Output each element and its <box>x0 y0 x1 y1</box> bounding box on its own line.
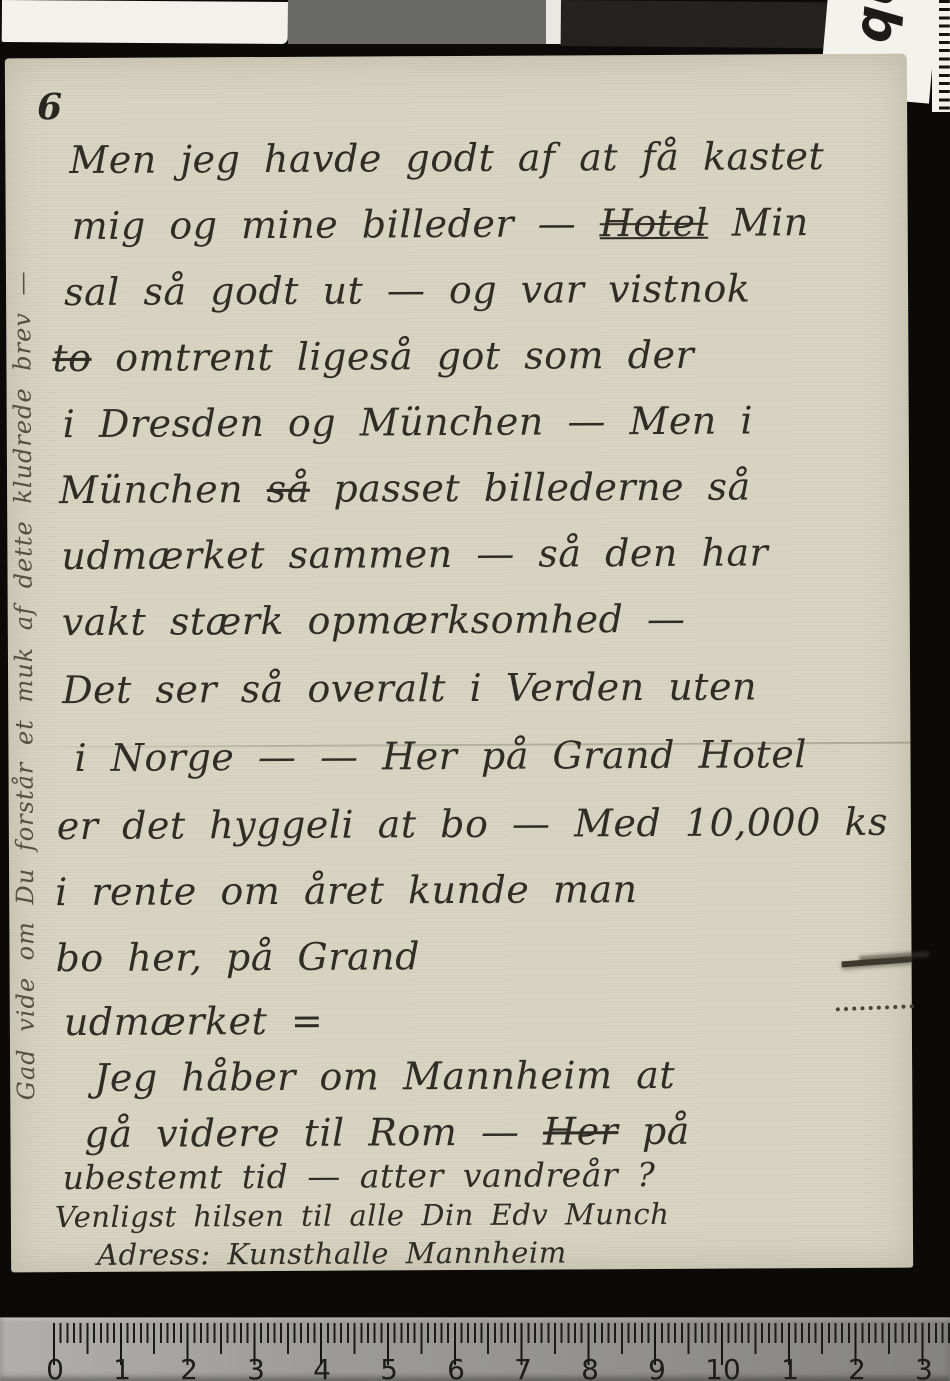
handwritten-line: mig og mine billeder — Hotel Min <box>72 202 809 248</box>
handwritten-line: er det hyggeli at bo — Med 10,000 ks <box>57 802 888 848</box>
calibration-white-patch <box>2 0 288 44</box>
handwritten-line: Det ser så overalt i Verden uten <box>62 666 757 711</box>
page-number: 6 <box>37 86 62 128</box>
calibration-divider <box>546 0 561 44</box>
margin-note-vertical: Gad vide om Du forstår et muk af dette k… <box>8 220 41 1100</box>
ruler-label: 6 <box>436 1353 476 1381</box>
calibration-label-text: ab <box>852 0 910 45</box>
handwritten-line: Jeg håber om Mannheim at <box>94 1055 675 1100</box>
handwritten-line: i Dresden og München — Men i <box>63 400 754 445</box>
handwritten-line-closing: Venligst hilsen til alle Din Edv Munch <box>55 1199 670 1234</box>
handwritten-line: gå videre til Rom — Her på <box>84 1111 690 1156</box>
ruler-label: 5 <box>369 1353 409 1381</box>
calibration-black-patch <box>561 0 831 48</box>
ruler-label: 10 <box>703 1353 743 1381</box>
handwritten-line: vakt stærk opmærksomhed — <box>62 599 686 644</box>
handwritten-line: ubestemt tid — atter vandreår ? <box>63 1157 656 1196</box>
ruler-label: 3 <box>236 1353 276 1381</box>
handwritten-line: München så passet billederne så <box>59 466 751 511</box>
ruler-label: 0 <box>35 1353 75 1381</box>
ink-dotted-mark <box>836 1004 914 1011</box>
ink-strike-mark <box>841 956 911 967</box>
handwritten-line: i rente om året kunde man <box>55 869 638 914</box>
handwritten-line: i Norge — — Her på Grand Hotel <box>74 734 807 780</box>
handwritten-line: udmærket sammen — så den har <box>61 532 768 577</box>
handwritten-line: Men jeg havde godt af at få kastet <box>69 136 824 182</box>
ruler-label: 1 <box>102 1353 142 1381</box>
ruler-label: 3 <box>904 1353 944 1381</box>
handwritten-line-address: Adress: Kunsthalle Mannheim <box>97 1237 567 1271</box>
handwritten-line: udmærket = <box>64 1001 324 1044</box>
ruler-label: 2 <box>837 1353 877 1381</box>
calibration-gray-patch <box>288 0 546 44</box>
ruler-label: 1 <box>770 1353 810 1381</box>
ruler: 0 1 2 3 4 5 6 7 8 9 10 1 2 3 <box>0 1317 950 1381</box>
calibration-scale-ticks <box>932 0 950 112</box>
scanned-letter-page: ab 6 Gad vide om Du forstår et muk af de… <box>0 0 950 1381</box>
ruler-label: 2 <box>169 1353 209 1381</box>
ruler-label: 8 <box>570 1353 610 1381</box>
ruler-label: 7 <box>503 1353 543 1381</box>
ruler-label: 9 <box>637 1353 677 1381</box>
handwritten-line: sal så godt ut — og var vistnok <box>64 268 751 313</box>
ruler-label: 4 <box>302 1353 342 1381</box>
letter-paper: 6 Gad vide om Du forstår et muk af dette… <box>5 54 913 1273</box>
handwritten-line: bo her, på Grand <box>55 936 420 980</box>
handwritten-line: to omtrent ligeså got som der <box>52 335 694 380</box>
